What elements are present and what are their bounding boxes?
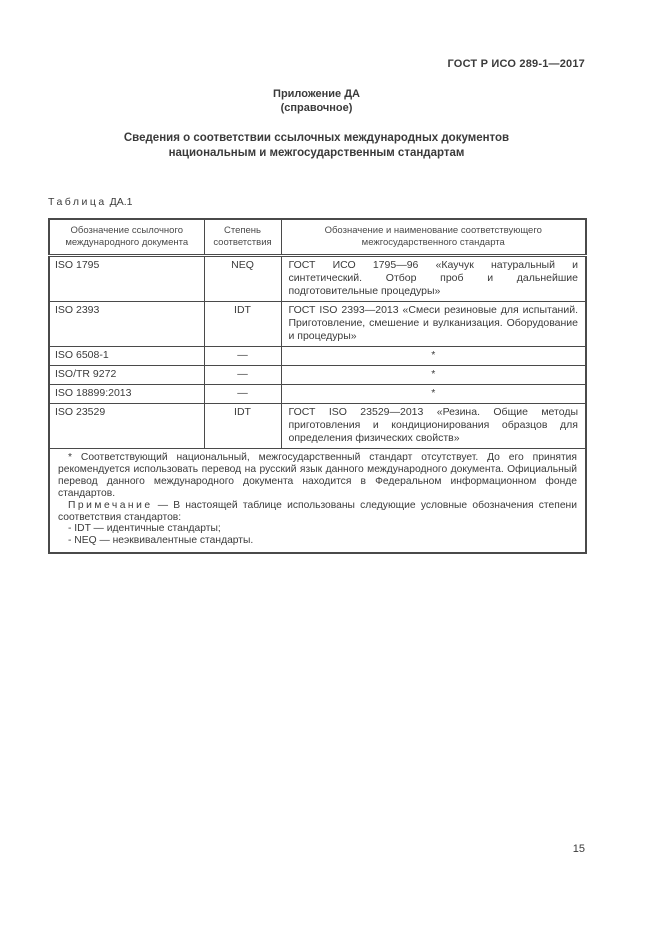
cell-degree: — <box>204 385 281 404</box>
table-row: ISO 1795 NEQ ГОСТ ИСО 1795—96 «Каучук на… <box>49 256 586 302</box>
cell-document: ISO/TR 9272 <box>49 366 204 385</box>
header-degree: Степень соответствия <box>204 219 281 256</box>
cell-document: ISO 23529 <box>49 404 204 449</box>
document-page: ГОСТ Р ИСО 289-1—2017 Приложение ДА (спр… <box>0 0 661 935</box>
appendix-title: Приложение ДА <box>48 87 585 101</box>
note-paragraph: Примечание — В настоящей таблице использ… <box>58 500 577 524</box>
table-footnote-row: * Соответствующий национальный, межгосуд… <box>49 449 586 554</box>
cell-degree: IDT <box>204 404 281 449</box>
appendix-subtitle: (справочное) <box>48 101 585 115</box>
table-header-row: Обозначение ссылочного международного до… <box>49 219 586 256</box>
note-label: Примечание <box>68 500 153 511</box>
cell-document: ISO 1795 <box>49 256 204 302</box>
cell-degree: — <box>204 366 281 385</box>
cell-degree: — <box>204 347 281 366</box>
table-caption-number: ДА.1 <box>110 196 133 208</box>
note-item-neq: - NEQ — неэквивалентные стандарты. <box>58 535 577 547</box>
cell-document: ISO 2393 <box>49 302 204 347</box>
table-caption: Таблица ДА.1 <box>48 196 132 208</box>
footnote-text: * Соответствующий национальный, межгосуд… <box>58 452 577 500</box>
standards-correspondence-table: Обозначение ссылочного международного до… <box>48 218 587 554</box>
cell-document: ISO 6508-1 <box>49 347 204 366</box>
table-row: ISO/TR 9272 — * <box>49 366 586 385</box>
table-header: Обозначение ссылочного международного до… <box>49 219 586 256</box>
header-reference-document: Обозначение ссылочного международного до… <box>49 219 204 256</box>
cell-degree: NEQ <box>204 256 281 302</box>
page-title-line1: Сведения о соответствии ссылочных междун… <box>48 131 585 146</box>
table-row: ISO 2393 IDT ГОСТ ISO 2393—2013 «Смеси р… <box>49 302 586 347</box>
table-body: ISO 1795 NEQ ГОСТ ИСО 1795—96 «Каучук на… <box>49 256 586 554</box>
cell-standard: * <box>281 347 586 366</box>
cell-standard: * <box>281 385 586 404</box>
page-title: Сведения о соответствии ссылочных междун… <box>48 131 585 161</box>
page-title-line2: национальным и межгосударственным станда… <box>48 146 585 161</box>
cell-standard: ГОСТ ISO 23529—2013 «Резина. Общие метод… <box>281 404 586 449</box>
table-footnote-cell: * Соответствующий национальный, межгосуд… <box>49 449 586 554</box>
cell-standard: * <box>281 366 586 385</box>
table-caption-word: Таблица <box>48 196 107 208</box>
cell-standard: ГОСТ ИСО 1795—96 «Каучук натуральный и с… <box>281 256 586 302</box>
note-item-idt: - IDT — идентичные стандарты; <box>58 523 577 535</box>
document-code-header: ГОСТ Р ИСО 289-1—2017 <box>48 58 585 70</box>
cell-document: ISO 18899:2013 <box>49 385 204 404</box>
cell-degree: IDT <box>204 302 281 347</box>
table-row: ISO 23529 IDT ГОСТ ISO 23529—2013 «Резин… <box>49 404 586 449</box>
cell-standard: ГОСТ ISO 2393—2013 «Смеси резиновые для … <box>281 302 586 347</box>
appendix-heading: Приложение ДА (справочное) <box>48 87 585 115</box>
table-row: ISO 6508-1 — * <box>49 347 586 366</box>
header-corresponding-standard: Обозначение и наименование соответствующ… <box>281 219 586 256</box>
page-number: 15 <box>48 843 585 855</box>
table-row: ISO 18899:2013 — * <box>49 385 586 404</box>
